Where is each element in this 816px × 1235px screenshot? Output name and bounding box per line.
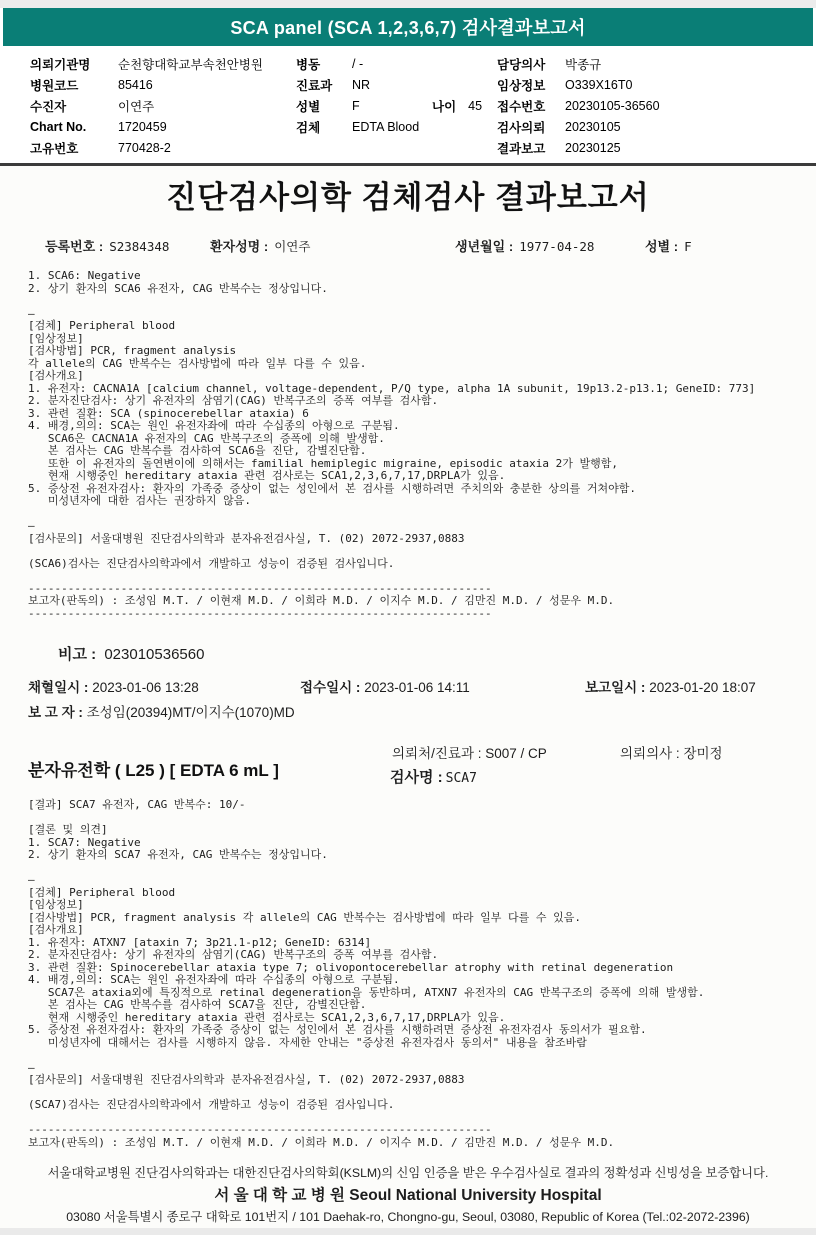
field-value: 20230105-36560 <box>565 99 660 113</box>
field-value: EDTA Blood <box>352 120 419 134</box>
field-label: 병원코드 <box>30 76 118 94</box>
referral-dept: 의뢰처/진료과 : S007 / CP <box>392 742 547 762</box>
field-label: 보 고 자 : <box>28 705 83 720</box>
banner-title: SCA panel (SCA 1,2,3,6,7) 검사결과보고서 <box>230 14 585 40</box>
field-value: O339X16T0 <box>565 78 632 92</box>
field-label: 검사명 : <box>390 766 443 787</box>
field-row-accession-no: 접수번호 20230105-36560 <box>497 96 660 117</box>
field-row-institution: 의뢰기관명 순천향대학교부속천안병원 <box>30 54 263 75</box>
note-label: 비고 : <box>58 646 96 663</box>
field-label: 임상정보 <box>497 76 565 94</box>
note-value: 023010536560 <box>104 646 204 663</box>
dates-row: 채혈일시 : 2023-01-06 13:28 접수일시 : 2023-01-0… <box>0 676 816 692</box>
field-row-chart-no: Chart No. 1720459 <box>30 116 263 137</box>
field-value: 2023-01-20 18:07 <box>649 680 756 695</box>
field-row-specimen: 검체 EDTA Blood <box>296 116 482 137</box>
field-row-department: 진료과 NR <box>296 75 482 96</box>
field-row-patient: 수진자 이연주 <box>30 96 263 117</box>
order-header: 의뢰기관명 순천향대학교부속천안병원 병원코드 85416 수진자 이연주 Ch… <box>0 54 816 160</box>
field-value: 2023-01-06 14:11 <box>364 680 470 695</box>
field-value: 1720459 <box>118 120 167 134</box>
receipt-datetime: 접수일시 : 2023-01-06 14:11 <box>300 676 470 696</box>
section-title-molecular-genetics: 분자유전학 ( L25 ) [ EDTA 6 mL ] <box>28 756 279 781</box>
field-value: 1977-04-28 <box>519 239 594 254</box>
field-label: 접수번호 <box>497 97 565 115</box>
field-value: 2023-01-06 13:28 <box>92 680 199 695</box>
field-row-result-date: 결과보고 20230125 <box>497 137 660 158</box>
field-row-ward: 병동 / - <box>296 54 482 75</box>
field-value: F <box>684 239 692 254</box>
report-datetime: 보고일시 : 2023-01-20 18:07 <box>585 676 756 696</box>
field-label: 채혈일시 : <box>28 680 88 695</box>
field-label: 보고일시 : <box>585 680 645 695</box>
field-row-sex-age: 성별 F 나이 45 <box>296 96 482 117</box>
patient-sex: 성별 : F <box>645 236 692 255</box>
order-header-middle-column: 병동 / - 진료과 NR 성별 F 나이 45 검체 EDTA Blood <box>296 54 482 137</box>
field-value: 이연주 <box>118 97 154 115</box>
field-row-hospital-code: 병원코드 85416 <box>30 75 263 96</box>
field-label: Chart No. <box>30 120 118 134</box>
field-value: 20230105 <box>565 120 621 134</box>
field-value: 이연주 <box>274 237 310 255</box>
field-label: 결과보고 <box>497 139 565 157</box>
field-label: 의뢰의사 : <box>620 746 680 761</box>
field-label: 병동 <box>296 55 352 73</box>
field-value: S007 / CP <box>485 746 547 761</box>
field-label: 검체 <box>296 118 352 136</box>
order-header-left-column: 의뢰기관명 순천향대학교부속천안병원 병원코드 85416 수진자 이연주 Ch… <box>30 54 263 158</box>
field-value: 박종규 <box>565 55 601 73</box>
order-header-right-column: 담당의사 박종규 임상정보 O339X16T0 접수번호 20230105-36… <box>497 54 660 158</box>
field-value: 장미정 <box>683 746 722 761</box>
bottom-strip <box>0 1228 816 1235</box>
field-label: 등록번호 : <box>45 236 103 255</box>
birth-date: 생년월일 : 1977-04-28 <box>455 236 594 255</box>
field-value: 조성임(20394)MT/이지수(1070)MD <box>87 705 295 720</box>
collection-datetime: 채혈일시 : 2023-01-06 13:28 <box>28 676 199 696</box>
field-label-age: 나이 <box>432 97 456 115</box>
field-label: 접수일시 : <box>300 680 360 695</box>
referral-doctor: 의뢰의사 : 장미정 <box>620 742 723 762</box>
report-title: 진단검사의학 검체검사 결과보고서 <box>0 172 816 217</box>
field-label: 의뢰기관명 <box>30 55 118 73</box>
field-row-doctor: 담당의사 박종규 <box>497 54 660 75</box>
registration-number: 등록번호 : S2384348 <box>45 236 169 255</box>
field-value: F <box>352 99 432 113</box>
field-value: / - <box>352 57 363 71</box>
reporter-row: 보 고 자 : 조성임(20394)MT/이지수(1070)MD <box>28 701 295 721</box>
field-value: SCA7 <box>446 771 477 786</box>
field-value: 770428-2 <box>118 141 171 155</box>
field-value: S2384348 <box>109 239 169 254</box>
patient-info-row: 등록번호 : S2384348 환자성명 : 이연주 생년월일 : 1977-0… <box>0 236 816 254</box>
field-value: NR <box>352 78 370 92</box>
scanned-report: 진단검사의학 검체검사 결과보고서 등록번호 : S2384348 환자성명 :… <box>0 166 816 1228</box>
test-name: 검사명 : SCA7 <box>390 766 477 787</box>
field-label: 성별 <box>296 97 352 115</box>
field-value: 85416 <box>118 78 153 92</box>
top-strip <box>0 0 816 8</box>
field-label: 환자성명 : <box>210 236 268 255</box>
field-row-clinical-info: 임상정보 O339X16T0 <box>497 75 660 96</box>
note-row: 비고 : 023010536560 <box>58 643 204 664</box>
footer-hospital-name: 서 울 대 학 교 병 원 Seoul National University … <box>0 1183 816 1205</box>
field-value-age: 45 <box>468 99 482 113</box>
footer-accreditation: 서울대학교병원 진단검사의학과는 대한진단검사의학회(KSLM)의 신임 인증을… <box>0 1163 816 1181</box>
sca7-result-text: [결과] SCA7 유전자, CAG 반복수: 10/- [결론 및 의견] 1… <box>28 799 704 1149</box>
field-label: 검사의뢰 <box>497 118 565 136</box>
field-label: 생년월일 : <box>455 236 513 255</box>
report-banner: SCA panel (SCA 1,2,3,6,7) 검사결과보고서 <box>3 8 813 46</box>
field-label: 고유번호 <box>30 139 118 157</box>
patient-name: 환자성명 : 이연주 <box>210 236 310 255</box>
field-value: 20230125 <box>565 141 621 155</box>
field-row-order-date: 검사의뢰 20230105 <box>497 116 660 137</box>
lab-report-page: SCA panel (SCA 1,2,3,6,7) 검사결과보고서 의뢰기관명 … <box>0 0 816 1235</box>
footer-address: 03080 서울특별시 종로구 대학로 101번지 / 101 Daehak-r… <box>0 1207 816 1225</box>
field-row-unique-no: 고유번호 770428-2 <box>30 137 263 158</box>
field-label: 성별 : <box>645 236 678 255</box>
field-label: 담당의사 <box>497 55 565 73</box>
field-value: 순천향대학교부속천안병원 <box>118 55 263 73</box>
field-label: 진료과 <box>296 76 352 94</box>
sca6-result-text: 1. SCA6: Negative 2. 상기 환자의 SCA6 유전자, CA… <box>28 270 755 620</box>
field-label: 수진자 <box>30 97 118 115</box>
field-label: 의뢰처/진료과 : <box>392 746 482 761</box>
